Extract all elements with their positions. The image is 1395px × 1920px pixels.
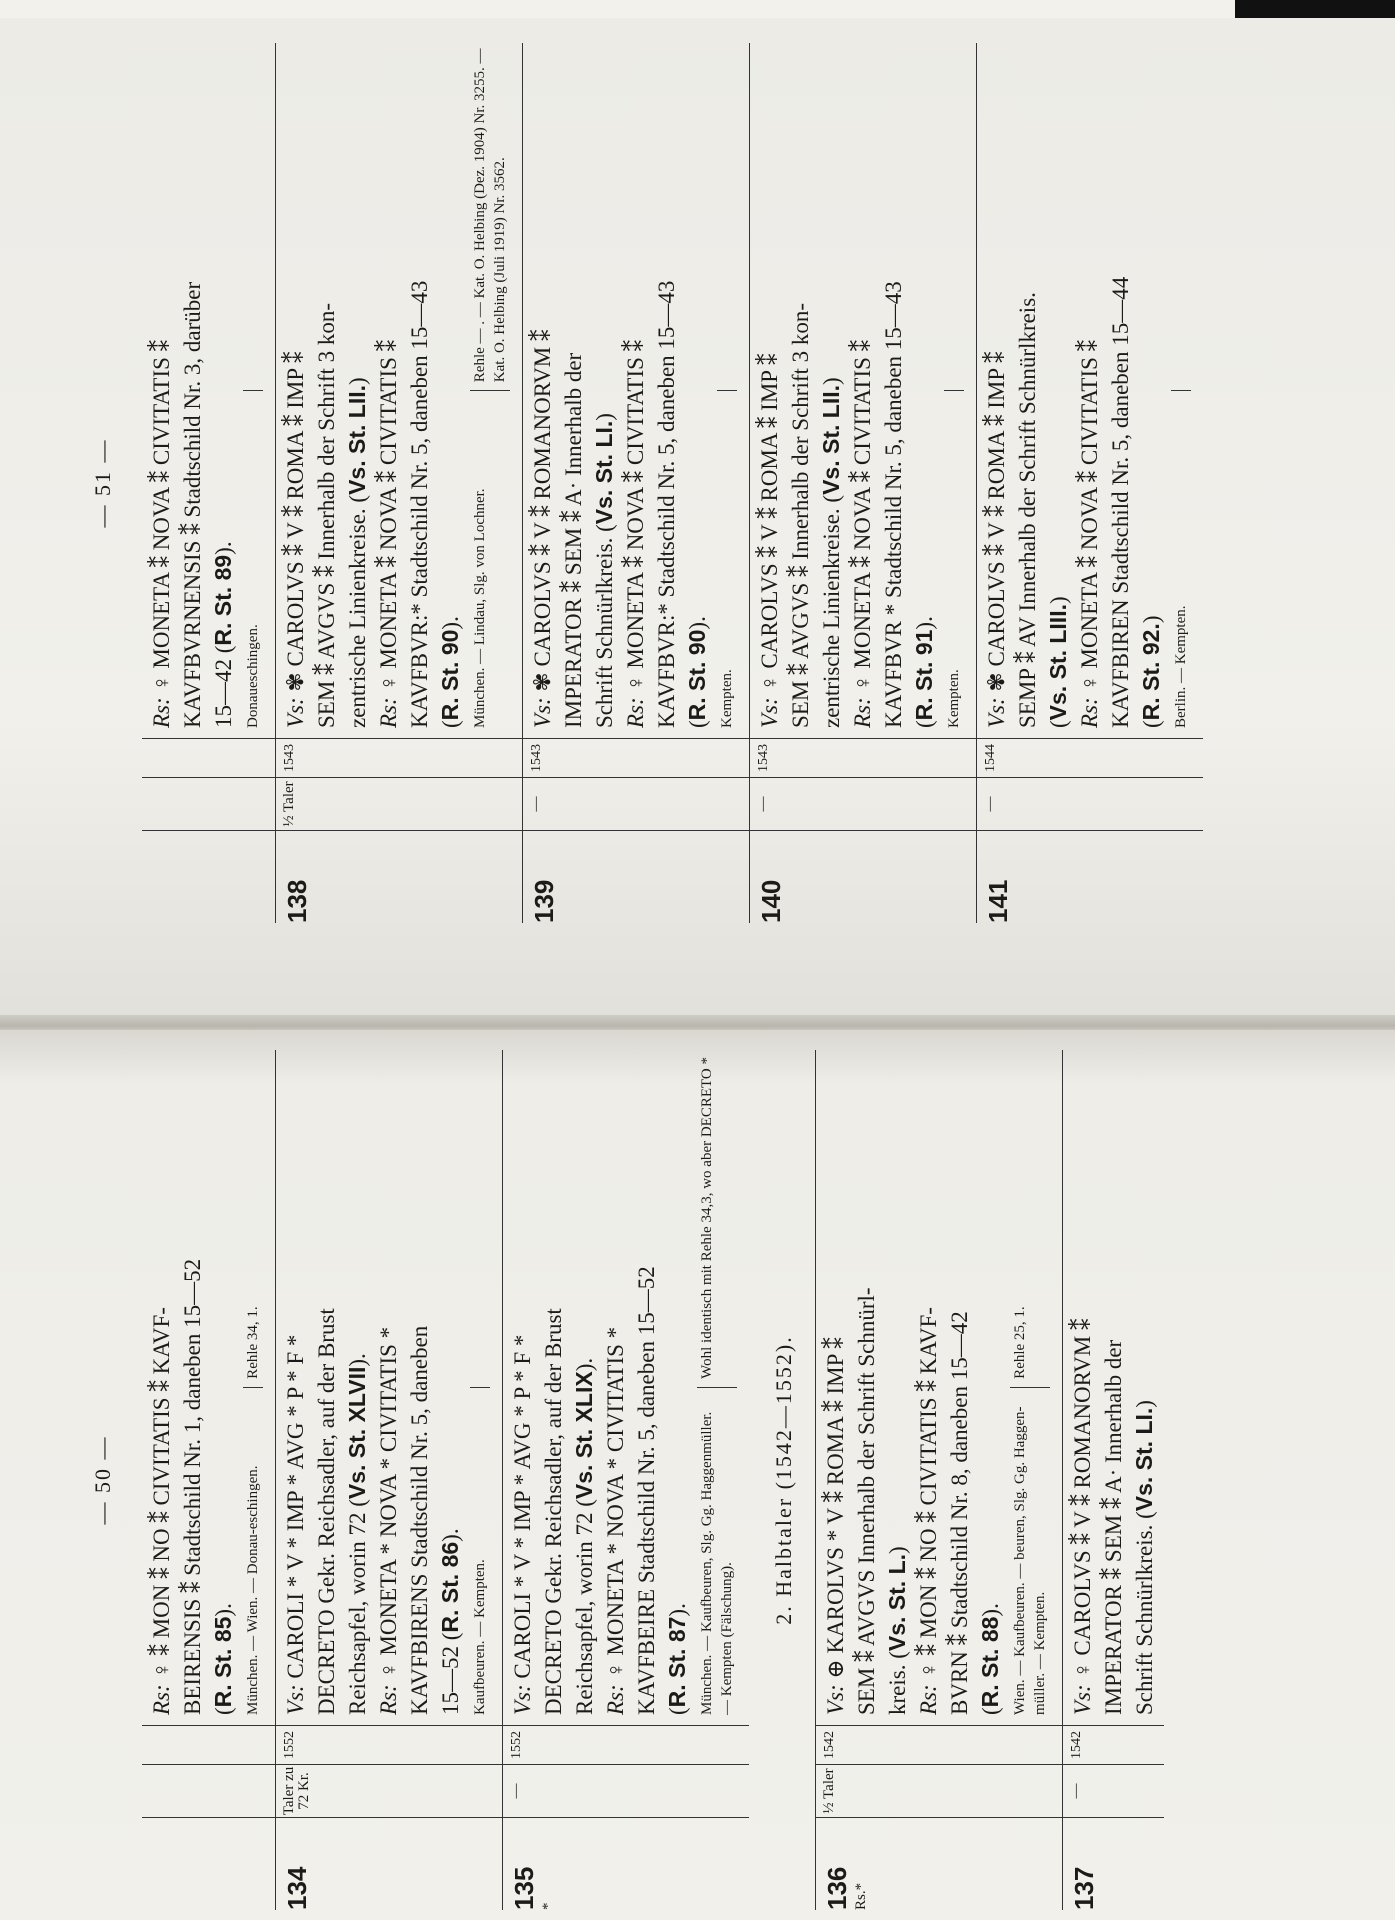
entry-number: 134 [276,1818,502,1910]
entry-number: 139 [523,831,749,923]
denomination: — [503,1765,749,1818]
entry-number [142,831,275,923]
description: Rs: ♀ ⁑ MON ⁑ NO ⁑ CIVITATIS ⁑ KAVF-BEIR… [142,1050,275,1726]
entry-number: 136Rs.* [816,1818,1062,1910]
references: Kempten. [717,43,737,728]
text-line: Vs: ♀ CAROLVS ⁑ V ⁑ ROMA ⁑ IMP ⁑ [754,43,785,728]
literature: Rehle 25, 1. [1010,1050,1050,1388]
collections: Kaufbeuren. — Kempten. [470,1388,490,1715]
catalogue-entry: 138 ½ Taler 1543 Vs: ✾ CAROLVS ⁑ V ⁑ ROM… [275,43,522,923]
text-line: (R. St. 85). [208,1050,239,1715]
description: Vs: ✾ CAROLVS ⁑ V ⁑ ROMA ⁑ IMP ⁑SEM ⁑ AV… [276,43,522,739]
year [142,739,275,778]
denomination: ½ Taler [276,778,522,831]
text-line: Vs: ♀ CAROLVS ⁑ V ⁑ ROMANORVM ⁑ [1067,1050,1098,1715]
text-line: Rs: ♀ ⁑ MON ⁑ NO ⁑ CIVITATIS ⁑ KAVF- [146,1050,177,1715]
text-line: KAVFBVR * Stadtschild Nr. 5, daneben 15—… [878,43,909,728]
page-number: — 50 — [90,1050,116,1910]
text-line: BEIRENSIS ⁑ Stadtschild Nr. 1, daneben 1… [177,1050,208,1715]
references: München. — Lindau, Slg. von Lochner. Reh… [470,43,510,728]
literature: Rehle 34, 1. [243,1050,263,1388]
references: Wien. — Kaufbeuren. — beuren, Slg. Gg. H… [1010,1050,1050,1715]
year: 1543 [750,739,976,778]
references: Donaueschingen. [243,43,263,728]
text-line: IMPERATOR ⁑ SEM ⁑ A· Innerhalb der [558,43,589,728]
catalogue-entry: Rs: ♀ MONETA ⁑ NOVA ⁑ CIVITATIS ⁑KAVFBVR… [142,43,275,923]
collections: Donaueschingen. [243,391,263,728]
entry-number: 141 [977,831,1203,923]
text-line: KAVFBEIRE Stadtschild Nr. 5, daneben 15—… [631,1050,662,1715]
text-line: DECRETO Gekr. Reichsadler, auf der Brust [311,1050,342,1715]
collections: Berlin. — Kempten. [1171,391,1191,728]
literature [717,43,737,391]
page-number: — 51 — [90,43,116,923]
text-line: SEMP ⁑ AV Innerhalb der Schrift Schnürlk… [1012,43,1043,728]
text-line: Reichsapfel, worin 72 (Vs. St. XLIX). [569,1050,600,1715]
text-line: Reichsapfel, worin 72 (Vs. St. XLVII). [342,1050,373,1715]
denomination: ½ Taler [816,1765,1062,1818]
literature [1171,43,1191,391]
text-line: Vs: ✾ CAROLVS ⁑ V ⁑ ROMANORVM ⁑ [527,43,558,728]
denomination: — [750,778,976,831]
page-51: — 51 — Rs: ♀ MONETA ⁑ NOVA ⁑ CIVITATIS ⁑… [0,18,1395,1023]
catalogue-entry: 135* — 1552 Vs: CAROLI * V * IMP * AVG *… [502,1050,749,1910]
denomination [142,1765,275,1818]
collections: Kempten. [717,391,737,728]
text-line: KAVFBIREN Stadtschild Nr. 5, daneben 15—… [1105,43,1136,728]
denomination [142,778,275,831]
text-line: zentrische Linienkreise. (Vs. St. LII.) [816,43,847,728]
text-line: (R. St. 91). [909,43,940,728]
entry-number: 138 [276,831,522,923]
year: 1543 [276,739,522,778]
text-line: KAVFBVR:* Stadtschild Nr. 5, daneben 15—… [651,43,682,728]
collections: Wien. — Kaufbeuren. — beuren, Slg. Gg. H… [1010,1388,1050,1715]
text-line: 15—42 (R. St. 89). [208,43,239,728]
year: 1552 [276,1726,502,1765]
text-line: Rs: ♀ MONETA * NOVA * CIVITATIS * [600,1050,631,1715]
description: Vs: CAROLI * V * IMP * AVG * P * F *DECR… [503,1050,749,1726]
entry-number: 137 [1063,1818,1164,1910]
references: Kaufbeuren. — Kempten. [470,1050,490,1715]
collections: München. — Kaufbeuren, Slg. Gg. Haggenmü… [697,1388,737,1715]
collections: München. — Wien. — Donau-eschingen. [243,1388,263,1715]
text-line: Vs: ✾ CAROLVS ⁑ V ⁑ ROMA ⁑ IMP ⁑ [280,43,311,728]
entry-number: 140 [750,831,976,923]
text-line: Vs: ⊕ KAROLVS * V ⁑ ROMA ⁑ IMP ⁑ [820,1050,851,1715]
description: Vs: CAROLI * V * IMP * AVG * P * F *DECR… [276,1050,502,1726]
denomination: — [1063,1765,1164,1818]
text-line: DECRETO Gekr. Reichsadler, auf der Brust [538,1050,569,1715]
description: Vs: ♀ CAROLVS ⁑ V ⁑ ROMA ⁑ IMP ⁑SEM ⁑ AV… [750,43,976,739]
text-line: kreis. (Vs. St. L.) [882,1050,913,1715]
text-line: Rs: ♀ MONETA ⁑ NOVA ⁑ CIVITATIS ⁑ [373,43,404,728]
text-line: (R. St. 90). [682,43,713,728]
literature: Rehle — . — Kat. O. Helbing (Dez. 1904) … [470,43,510,391]
page-50: — 50 — Rs: ♀ ⁑ MON ⁑ NO ⁑ CIVITATIS ⁑ KA… [0,1030,1395,1920]
catalogue-entry: 139 — 1543 Vs: ✾ CAROLVS ⁑ V ⁑ ROMANORVM… [522,43,749,923]
catalogue-entry: Rs: ♀ ⁑ MON ⁑ NO ⁑ CIVITATIS ⁑ KAVF-BEIR… [142,1050,275,1910]
section-heading: 2. Halbtaler (1542—1552). [749,1050,815,1910]
collections: München. — Lindau, Slg. von Lochner. [470,391,510,728]
catalogue-entry: 136Rs.* ½ Taler 1542 Vs: ⊕ KAROLVS * V ⁑… [815,1050,1062,1910]
page-50-content: — 50 — Rs: ♀ ⁑ MON ⁑ NO ⁑ CIVITATIS ⁑ KA… [90,1050,1360,1910]
text-line: Rs: ♀ MONETA * NOVA * CIVITATIS * [373,1050,404,1715]
denomination: — [523,778,749,831]
text-line: Vs: CAROLI * V * IMP * AVG * P * F * [280,1050,311,1715]
entry-number [142,1818,275,1910]
catalogue-table: Rs: ♀ MONETA ⁑ NOVA ⁑ CIVITATIS ⁑KAVFBVR… [142,43,1203,923]
text-line: SEM ⁑ AVGVS Innerhalb der Schrift Schnür… [851,1050,882,1715]
text-line: BVRN ⁑ Stadtschild Nr. 8, daneben 15—42 [944,1050,975,1715]
year: 1552 [503,1726,749,1765]
text-line: Vs: ✾ CAROLVS ⁑ V ⁑ ROMA ⁑ IMP ⁑ [981,43,1012,728]
description: Rs: ♀ MONETA ⁑ NOVA ⁑ CIVITATIS ⁑KAVFBVR… [142,43,275,739]
description: Vs: ✾ CAROLVS ⁑ V ⁑ ROMANORVM ⁑IMPERATOR… [523,43,749,739]
page-51-content: — 51 — Rs: ♀ MONETA ⁑ NOVA ⁑ CIVITATIS ⁑… [90,43,1320,923]
description: Vs: ⊕ KAROLVS * V ⁑ ROMA ⁑ IMP ⁑SEM ⁑ AV… [816,1050,1062,1726]
text-line: (R. St. 87). [662,1050,693,1715]
references: Berlin. — Kempten. [1171,43,1191,728]
year: 1542 [816,1726,1062,1765]
references: München. — Kaufbeuren, Slg. Gg. Haggenmü… [697,1050,737,1715]
denomination: — [977,778,1203,831]
text-line: zentrische Linienkreise. (Vs. St. LII.) [342,43,373,728]
text-line: Rs: ♀ ⁑ MON ⁑ NO ⁑ CIVITATIS ⁑ KAVF- [913,1050,944,1715]
entry-number: 135* [503,1818,749,1910]
catalogue-entry: 141 — 1544 Vs: ✾ CAROLVS ⁑ V ⁑ ROMA ⁑ IM… [976,43,1203,923]
text-line: 15—52 (R. St. 86). [435,1050,466,1715]
year: 1542 [1063,1726,1164,1765]
denomination: Taler zu 72 Kr. [276,1765,502,1818]
year: 1544 [977,739,1203,778]
text-line: (R. St. 88). [975,1050,1006,1715]
text-line: SEM ⁑ AVGVS ⁑ Innerhalb der Schrift 3 ko… [311,43,342,728]
literature [944,43,964,391]
text-line: IMPERATOR ⁑ SEM ⁑ A· Innerhalb der [1098,1050,1129,1715]
text-line: Rs: ♀ MONETA ⁑ NOVA ⁑ CIVITATIS ⁑ [146,43,177,728]
literature [470,1050,490,1388]
catalogue-table: 136Rs.* ½ Taler 1542 Vs: ⊕ KAROLVS * V ⁑… [815,1050,1164,1910]
catalogue-table: Rs: ♀ ⁑ MON ⁑ NO ⁑ CIVITATIS ⁑ KAVF-BEIR… [142,1050,749,1910]
text-line: Rs: ♀ MONETA ⁑ NOVA ⁑ CIVITATIS ⁑ [620,43,651,728]
text-line: SEM ⁑ AVGVS ⁑ Innerhalb der Schrift 3 ko… [785,43,816,728]
collections: Kempten. [944,391,964,728]
year: 1543 [523,739,749,778]
text-line: Rs: ♀ MONETA ⁑ NOVA ⁑ CIVITATIS ⁑ [1074,43,1105,728]
description: Vs: ✾ CAROLVS ⁑ V ⁑ ROMA ⁑ IMP ⁑SEMP ⁑ A… [977,43,1203,739]
text-line: (Vs. St. LIII.) [1043,43,1074,728]
text-line: Vs: CAROLI * V * IMP * AVG * P * F * [507,1050,538,1715]
text-line: Schrift Schnürlkreis. (Vs. St. LI.) [1129,1050,1160,1715]
text-line: KAVFBIRENS Stadtschild Nr. 5, daneben [404,1050,435,1715]
year [142,1726,275,1765]
text-line: Rs: ♀ MONETA ⁑ NOVA ⁑ CIVITATIS ⁑ [847,43,878,728]
references: Kempten. [944,43,964,728]
text-line: (R. St. 92.) [1136,43,1167,728]
references: München. — Wien. — Donau-eschingen. Rehl… [243,1050,263,1715]
text-line: Schrift Schnürlkreis. (Vs. St. LI.) [589,43,620,728]
literature [243,43,263,391]
catalogue-entry: 137 — 1542 Vs: ♀ CAROLVS ⁑ V ⁑ ROMANORVM… [1062,1050,1164,1910]
text-line: (R. St. 90). [435,43,466,728]
literature: Wohl identisch mit Rehle 34,3, wo aber D… [697,1050,737,1388]
description: Vs: ♀ CAROLVS ⁑ V ⁑ ROMANORVM ⁑IMPERATOR… [1063,1050,1164,1726]
catalogue-entry: 134 Taler zu 72 Kr. 1552 Vs: CAROLI * V … [275,1050,502,1910]
text-line: KAVFBVR:* Stadtschild Nr. 5, daneben 15—… [404,43,435,728]
text-line: KAVFBVRNENSIS ⁑ Stadtschild Nr. 3, darüb… [177,43,208,728]
catalogue-entry: 140 — 1543 Vs: ♀ CAROLVS ⁑ V ⁑ ROMA ⁑ IM… [749,43,976,923]
